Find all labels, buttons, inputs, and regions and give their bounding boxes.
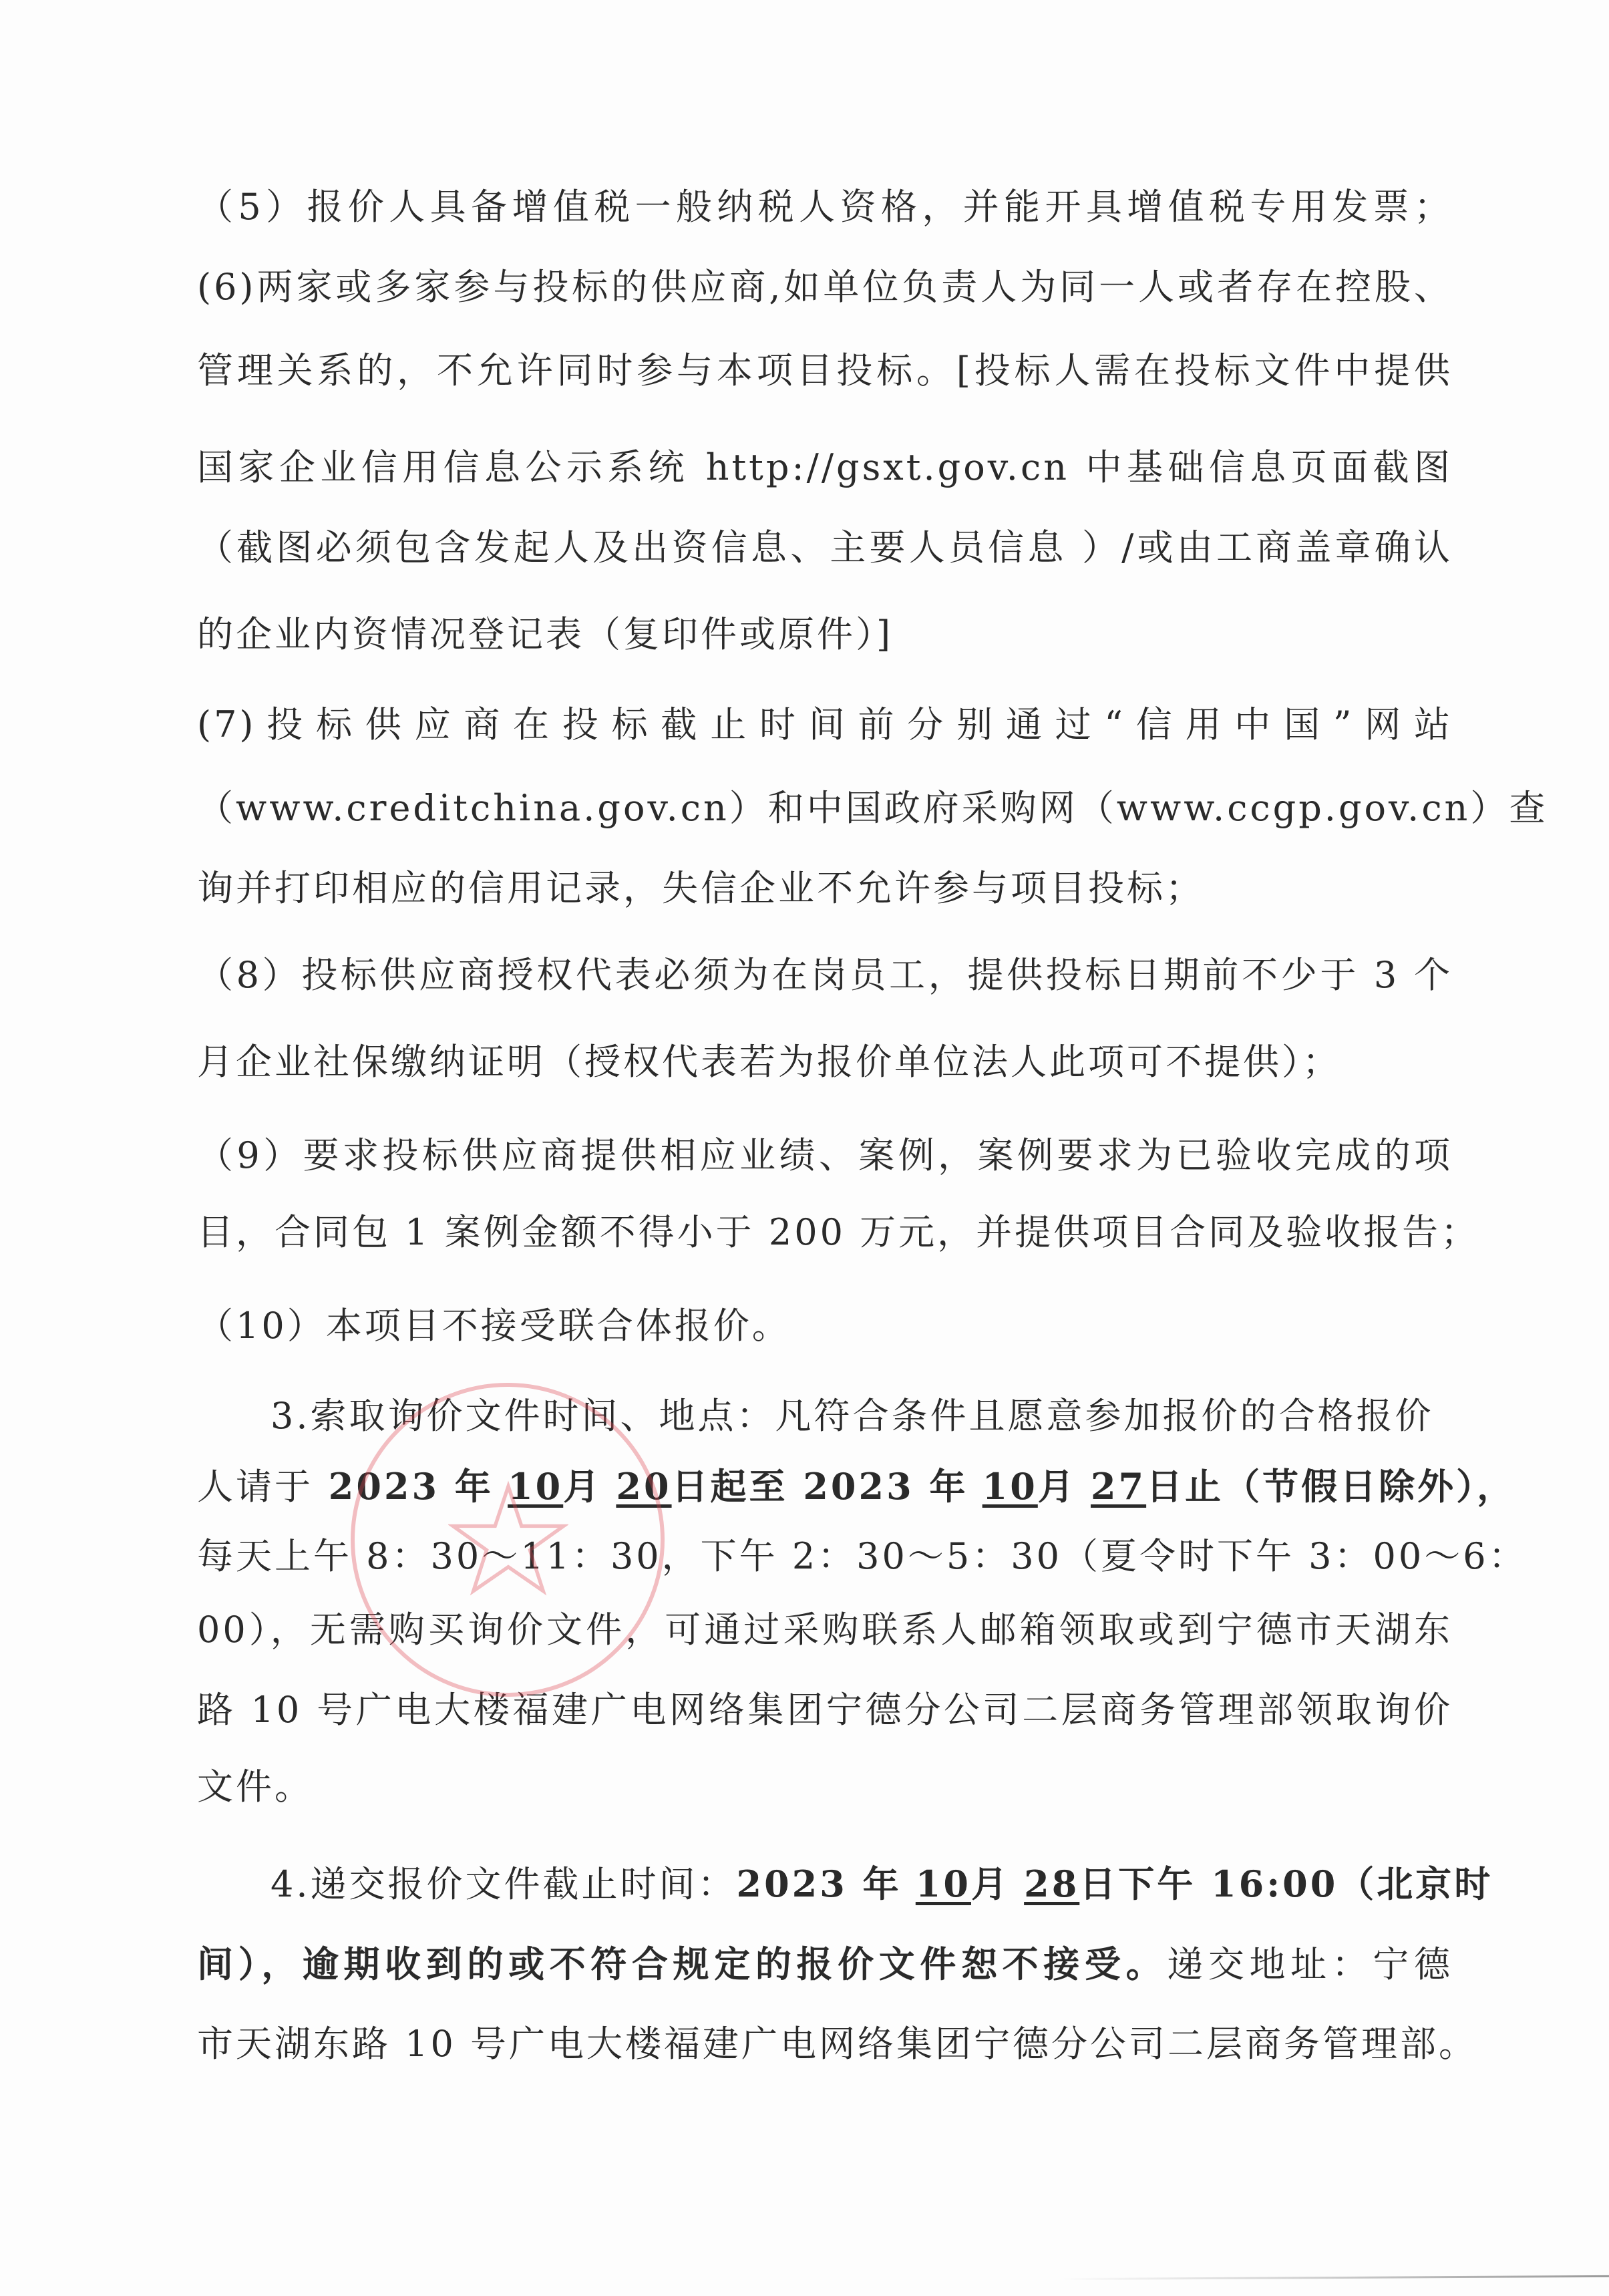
- late-submission-notice: 间），逾期收到的或不符合规定的报价文件恕不接受。: [197, 1943, 1167, 1985]
- section-3-line-5: 路 10 号广电大楼福建广电网络集团宁德分公司二层商务管理部领取询价: [197, 1687, 1453, 1734]
- section-3-heading-text: 3.索取询价文件时间、地点：凡符合条件且愿意参加报价的合格报价: [271, 1395, 1434, 1437]
- end-month: 10: [982, 1465, 1038, 1508]
- month-char: 月: [563, 1465, 602, 1508]
- clause-6-line-5: 的企业内资情况登记表（复印件或原件）]: [197, 611, 1453, 658]
- start-year: 2023 年: [313, 1465, 494, 1508]
- scan-edge-line: [1062, 2275, 1609, 2280]
- month-char: 月: [1038, 1465, 1077, 1508]
- clause-8-line-2: 月企业社保缴纳证明（授权代表若为报价单位法人此项可不提供）；: [197, 1039, 1453, 1086]
- start-day: 20: [616, 1465, 671, 1508]
- clause-6-line-2: 管理关系的，不允许同时参与本项目投标。[投标人需在投标文件中提供: [197, 347, 1453, 394]
- section-3-line-2: 人请于 2023 年 10月 20日起至 2023 年 10月 27日止（节假日…: [197, 1463, 1453, 1510]
- section-3-line-4: 00），无需购买询价文件，可通过采购联系人邮箱领取或到宁德市天湖东: [197, 1607, 1453, 1653]
- section-4-line-2: 间），逾期收到的或不符合规定的报价文件恕不接受。递交地址：宁德: [197, 1941, 1453, 1988]
- start-month: 10: [508, 1465, 563, 1508]
- clause-7-line-2: （www.creditchina.gov.cn）和中国政府采购网（www.ccg…: [197, 785, 1453, 832]
- date-range-suffix: 日止（节假日除外），: [1146, 1465, 1515, 1508]
- clause-9-line-1: （9）要求投标供应商提供相应业绩、案例，案例要求为已验收完成的项: [197, 1132, 1453, 1179]
- deadline-year: 2023 年: [737, 1862, 902, 1905]
- section-3-line-6: 文件。: [197, 1764, 1453, 1810]
- month-char: 月: [971, 1862, 1010, 1905]
- end-day: 27: [1091, 1465, 1146, 1508]
- deadline-day: 28: [1024, 1862, 1079, 1905]
- document-page: （5）报价人具备增值税一般纳税人资格，并能开具增值税专用发票； (6)两家或多家…: [0, 0, 1609, 2296]
- clause-5: （5）报价人具备增值税一般纳税人资格，并能开具增值税专用发票；: [197, 184, 1453, 230]
- section-3-line-3: 每天上午 8：30～11：30，下午 2：30～5：30（夏令时下午 3：00～…: [197, 1533, 1453, 1580]
- clause-9-line-2: 目，合同包 1 案例金额不得小于 200 万元，并提供项目合同及验收报告；: [197, 1209, 1453, 1256]
- clause-7-line-3: 询并打印相应的信用记录，失信企业不允许参与项目投标；: [197, 865, 1453, 912]
- clause-7-line-1: (7)投标供应商在投标截止时间前分别通过“信用中国”网站: [197, 701, 1453, 748]
- clause-6-line-1: (6)两家或多家参与投标的供应商,如单位负责人为同一人或者存在控股、: [197, 264, 1453, 311]
- deadline-month: 10: [916, 1862, 971, 1905]
- date-range-mid: 日起至 2023 年: [672, 1465, 968, 1508]
- submission-address-label: 递交地址：宁德: [1167, 1943, 1453, 1985]
- text-prefix: 人请于: [197, 1466, 313, 1508]
- clause-6-line-4: （截图必须包含发起人及出资信息、主要人员信息 ）/或由工商盖章确认: [197, 524, 1453, 571]
- section-3-line-1: 3.索取询价文件时间、地点：凡符合条件且愿意参加报价的合格报价: [271, 1393, 1453, 1440]
- deadline-time: 日下午 16:00（北京时: [1079, 1862, 1493, 1905]
- clause-10: （10）本项目不接受联合体报价。: [197, 1303, 1453, 1349]
- section-4-line-1: 4.递交报价文件截止时间：2023 年 10月 28日下午 16:00（北京时: [271, 1860, 1453, 1908]
- clause-6-line-3: 国家企业信用信息公示系统 http://gsxt.gov.cn 中基础信息页面截…: [197, 444, 1453, 491]
- deadline-label: 4.递交报价文件截止时间：: [271, 1863, 737, 1905]
- clause-8-line-1: （8）投标供应商授权代表必须为在岗员工，提供投标日期前不少于 3 个: [197, 952, 1453, 999]
- section-4-line-3: 市天湖东路 10 号广电大楼福建广电网络集团宁德分公司二层商务管理部。: [197, 2021, 1453, 2068]
